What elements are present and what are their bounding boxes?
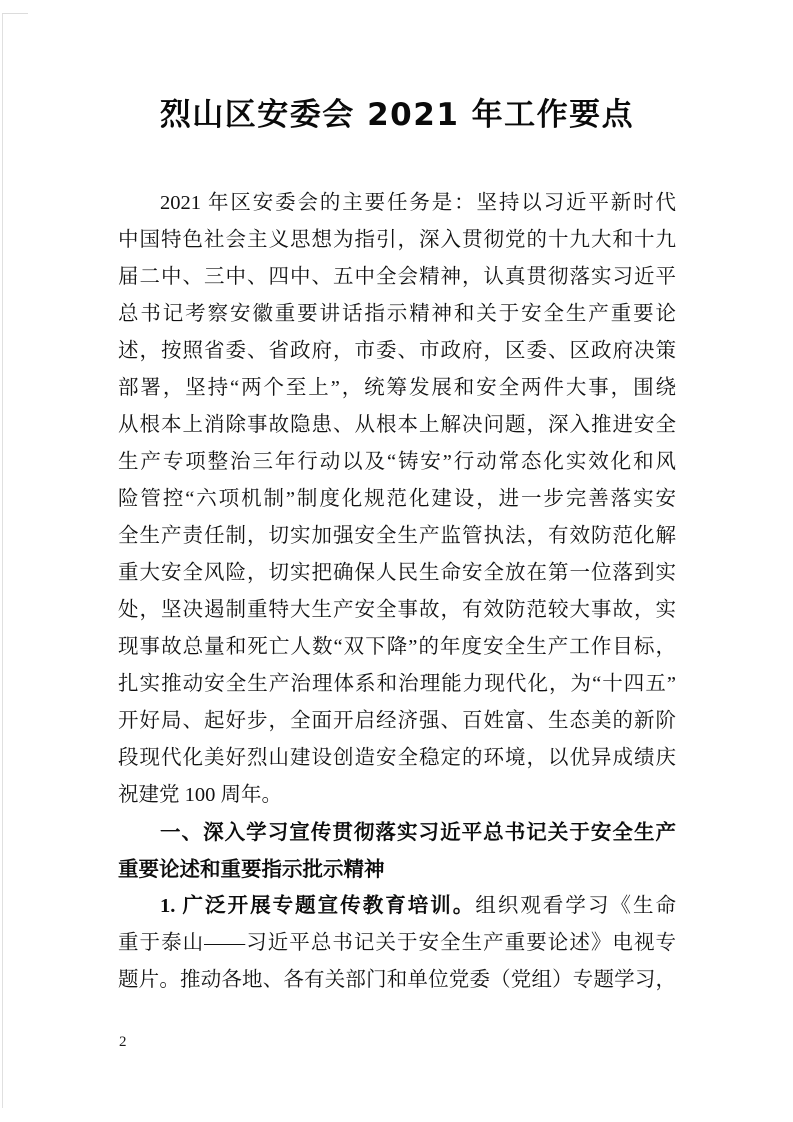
- scan-artifact-top-edge: [2, 13, 28, 14]
- item-1-first-line-text: 组织观看学习《生命: [475, 895, 676, 917]
- intro-line: 从根本上消除事故隐患、从根本上解决问题，深入推进安全: [118, 407, 676, 444]
- intro-line: 届二中、三中、四中、五中全会精神，认真贯彻落实习近平: [118, 259, 676, 296]
- intro-line: 2021 年区安委会的主要任务是：坚持以习近平新时代: [118, 185, 676, 222]
- intro-line: 部署，坚持“两个至上”，统筹发展和安全两件大事，围绕: [118, 370, 676, 407]
- intro-line: 重大安全风险，切实把确保人民生命安全放在第一位落到实: [118, 555, 676, 592]
- intro-line: 中国特色社会主义思想为指引，深入贯彻党的十九大和十九: [118, 222, 676, 259]
- intro-line: 述，按照省委、省政府，市委、市政府，区委、区政府决策: [118, 333, 676, 370]
- intro-line: 生产专项整治三年行动以及“铸安”行动常态化实效化和风: [118, 444, 676, 481]
- page-number: 2: [119, 1033, 127, 1051]
- item-1-first-line: 1. 广泛开展专题宣传教育培训。组织观看学习《生命: [118, 888, 676, 925]
- item-text-line: 重于泰山——习近平总书记关于安全生产重要论述》电视专: [118, 925, 676, 962]
- section-heading-line: 重要论述和重要指示批示精神: [118, 851, 676, 888]
- intro-line: 总书记考察安徽重要讲话指示精神和关于安全生产重要论: [118, 296, 676, 333]
- intro-line: 开好局、起好步，全面开启经济强、百姓富、生态美的新阶: [118, 703, 676, 740]
- intro-line: 全生产责任制，切实加强安全生产监管执法，有效防范化解: [118, 518, 676, 555]
- section-1-heading: 一、深入学习宣传贯彻落实习近平总书记关于安全生产 重要论述和重要指示批示精神: [118, 814, 676, 888]
- scan-artifact-left-edge: [2, 13, 3, 1108]
- intro-line: 段现代化美好烈山建设创造安全稳定的环境，以优异成绩庆: [118, 740, 676, 777]
- section-heading-line: 一、深入学习宣传贯彻落实习近平总书记关于安全生产: [118, 814, 676, 851]
- document-page: 烈山区安委会 2021 年工作要点 2021 年区安委会的主要任务是：坚持以习近…: [0, 0, 793, 1122]
- document-title: 烈山区安委会 2021 年工作要点: [118, 93, 676, 137]
- item-text-line: 题片。推动各地、各有关部门和单位党委（党组）专题学习，: [118, 962, 676, 999]
- document-content: 烈山区安委会 2021 年工作要点 2021 年区安委会的主要任务是：坚持以习近…: [118, 0, 676, 999]
- intro-line: 险管控“六项机制”制度化规范化建设，进一步完善落实安: [118, 481, 676, 518]
- intro-line: 现事故总量和死亡人数“双下降”的年度安全生产工作目标，: [118, 629, 676, 666]
- item-1-paragraph: 1. 广泛开展专题宣传教育培训。组织观看学习《生命 重于泰山——习近平总书记关于…: [118, 888, 676, 999]
- intro-line: 处，坚决遏制重特大生产安全事故，有效防范较大事故，实: [118, 592, 676, 629]
- intro-line: 扎实推动安全生产治理体系和治理能力现代化，为“十四五”: [118, 666, 676, 703]
- intro-paragraph: 2021 年区安委会的主要任务是：坚持以习近平新时代 中国特色社会主义思想为指引…: [118, 185, 676, 814]
- item-1-lead-label: 1. 广泛开展专题宣传教育培训。: [160, 895, 475, 917]
- intro-line: 祝建党 100 周年。: [118, 777, 676, 814]
